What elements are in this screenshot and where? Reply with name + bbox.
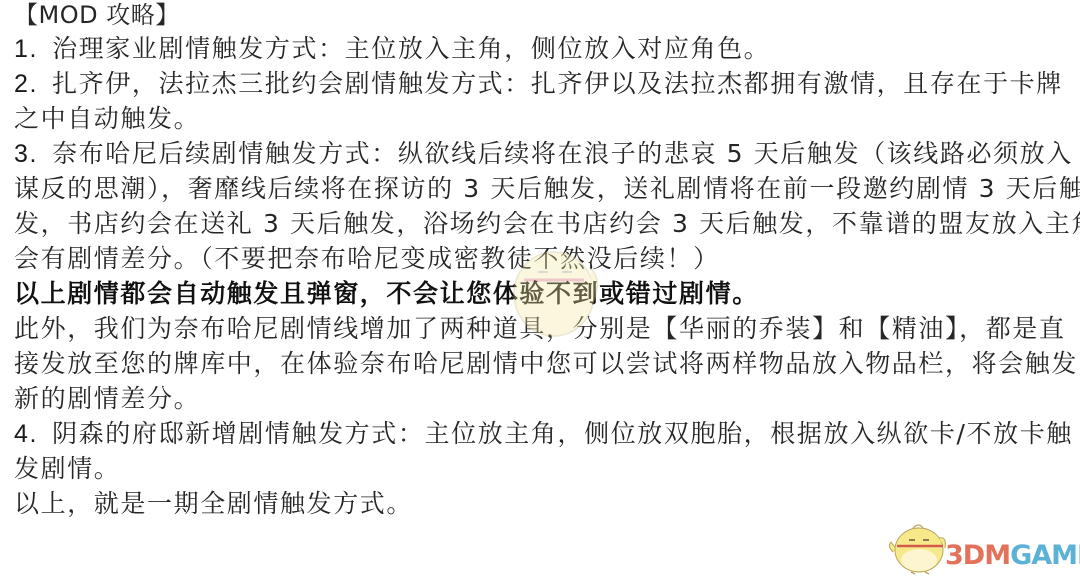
closing-line: 以上，就是一期全剧情触发方式。 — [14, 486, 1074, 521]
document-body: 【MOD 攻略】 1.治理家业剧情触发方式：主位放入主角，侧位放入对应角色。 2… — [14, 0, 1074, 521]
item-3-line: 3.奈布哈尼后续剧情触发方式：纵欲线后续将在浪子的悲哀 5 天后触发（该线路必须… — [14, 136, 1074, 171]
item-number: 4. — [14, 420, 38, 448]
chick-mascot-icon — [885, 522, 951, 576]
items-paragraph: 新的剧情差分。 — [14, 381, 1074, 416]
items-paragraph: 此外，我们为奈布哈尼剧情线增加了两种道具，分别是【华丽的乔装】和【精油】，都是直 — [14, 311, 1074, 346]
item-2-continuation: 之中自动触发。 — [14, 101, 1074, 136]
item-3-continuation: 发，书店约会在送礼 3 天后触发，浴场约会在书店约会 3 天后触发，不靠谱的盟友… — [14, 206, 1074, 241]
item-4-continuation: 发剧情。 — [14, 451, 1074, 486]
item-text: 治理家业剧情触发方式：主位放入主角，侧位放入对应角色。 — [52, 34, 770, 63]
document-title: 【MOD 攻略】 — [14, 0, 1074, 31]
item-number: 1. — [14, 35, 38, 63]
item-text: 扎齐伊，法拉杰三批约会剧情触发方式：扎齐伊以及法拉杰都拥有激情，且存在于卡牌 — [52, 69, 1063, 98]
auto-trigger-note: 以上剧情都会自动触发且弹窗，不会让您体验不到或错过剧情。 — [14, 276, 1074, 311]
watermark-brand: 3DMGAME — [945, 540, 1080, 571]
item-number: 3. — [14, 140, 38, 168]
item-number: 2. — [14, 70, 38, 98]
item-3-continuation: 会有剧情差分。（不要把奈布哈尼变成密教徒不然没后续！） — [14, 241, 1074, 276]
items-paragraph: 接发放至您的牌库中，在体验奈布哈尼剧情中您可以尝试将两样物品放入物品栏，将会触发 — [14, 346, 1074, 381]
item-3-continuation: 谋反的思潮），奢靡线后续将在探访的 3 天后触发，送礼剧情将在前一段邀约剧情 3… — [14, 171, 1074, 206]
item-text: 奈布哈尼后续剧情触发方式：纵欲线后续将在浪子的悲哀 5 天后触发（该线路必须放入 — [52, 139, 1073, 168]
item-2-line: 2.扎齐伊，法拉杰三批约会剧情触发方式：扎齐伊以及法拉杰都拥有激情，且存在于卡牌 — [14, 66, 1074, 101]
item-1-line: 1.治理家业剧情触发方式：主位放入主角，侧位放入对应角色。 — [14, 31, 1074, 66]
3dmgame-watermark: 3DMGAME — [885, 522, 1075, 576]
item-4-line: 4.阴森的府邸新增剧情触发方式：主位放主角，侧位放双胞胎，根据放入纵欲卡/不放卡… — [14, 416, 1074, 451]
item-text: 阴森的府邸新增剧情触发方式：主位放主角，侧位放双胞胎，根据放入纵欲卡/不放卡触 — [52, 419, 1073, 448]
